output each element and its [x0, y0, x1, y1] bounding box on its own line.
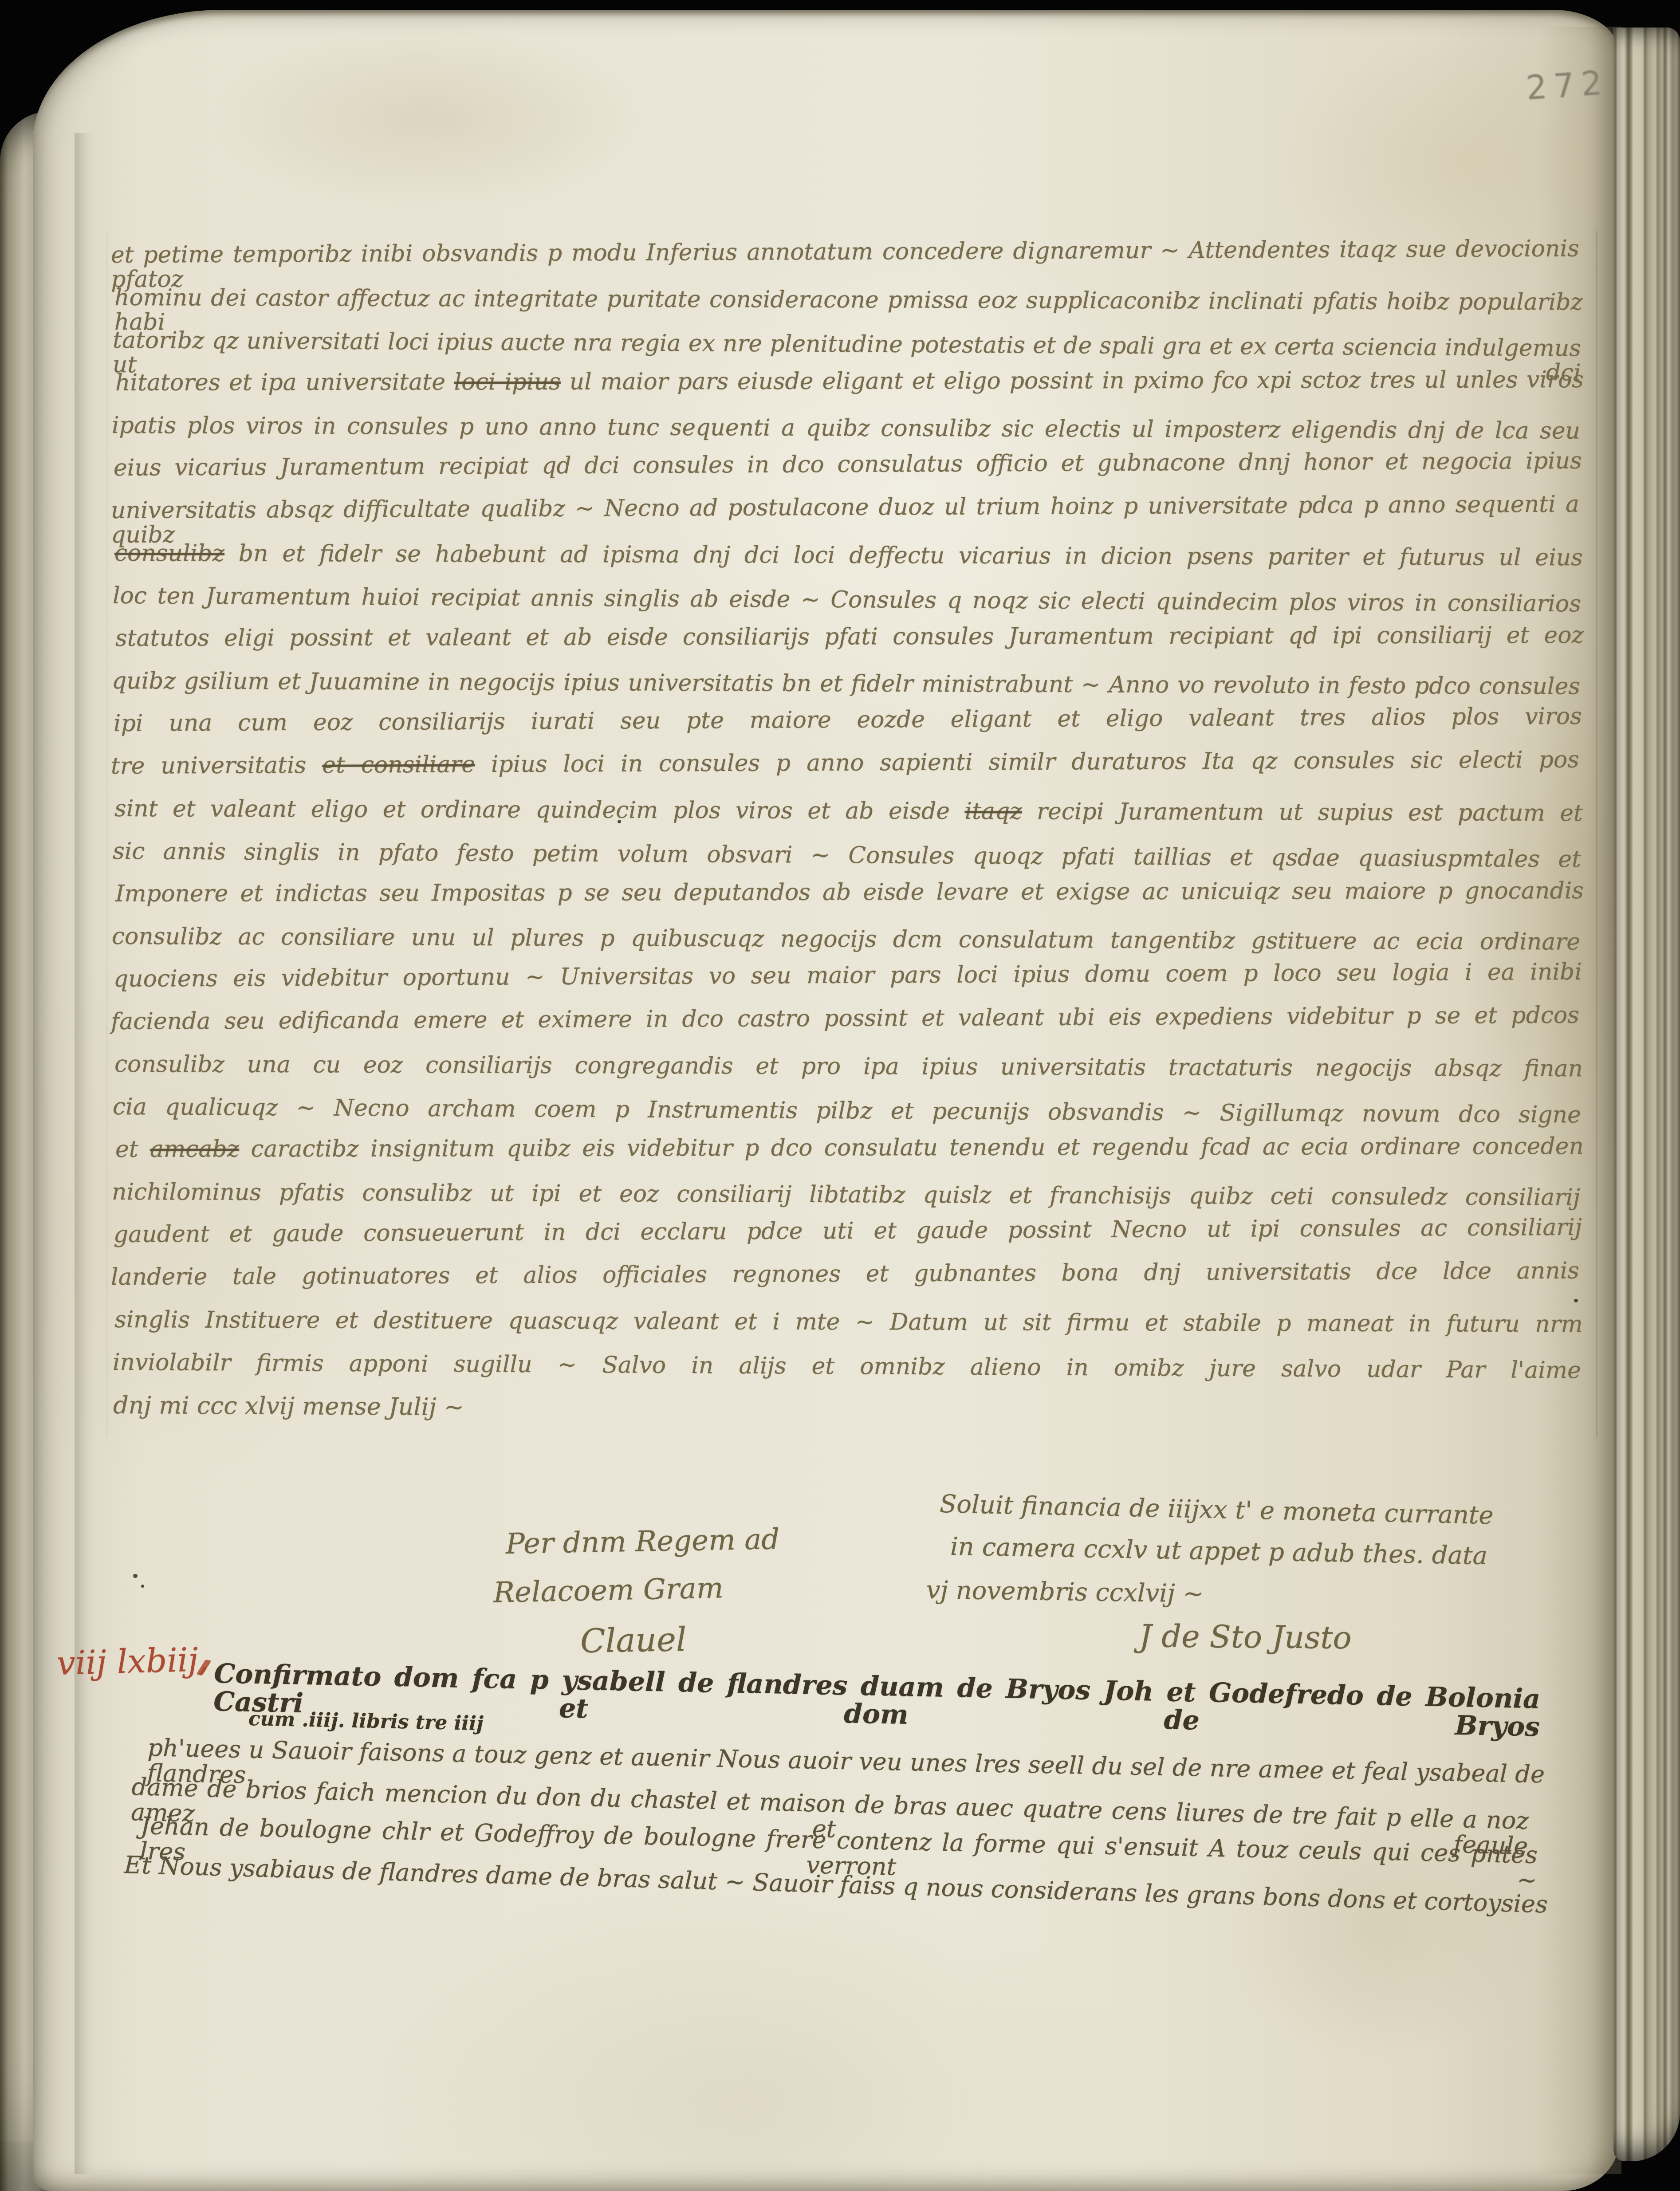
manuscript-line: consulibz ac consiliare unu ul plures p …: [112, 924, 1580, 954]
manuscript-line: universitatis absqz difficultate qualibz…: [111, 492, 1579, 547]
authorization-line-2: Relacoem Gram: [493, 1573, 724, 1608]
manuscript-line: singlis Instituere et destituere quascuq…: [114, 1308, 1583, 1337]
gutter-crease: [75, 133, 95, 2174]
folio-number: 272: [1525, 64, 1610, 108]
ink-speck: [133, 1574, 138, 1578]
ruling-line-right: [1596, 231, 1597, 1437]
manuscript-line: consulibz bn et fidelr se habebunt ad ip…: [114, 541, 1583, 570]
entry-rubric-note: cum .iiij. libris tre iiij: [248, 1709, 484, 1734]
manuscript-line: statutos eligi possint et valeant et ab …: [115, 623, 1584, 651]
authorization-line-1: Per dnm Regem ad: [505, 1525, 779, 1559]
manuscript-line: hitatores et ipa universitate loci ipius…: [115, 368, 1584, 395]
ruling-line-left: [106, 231, 107, 1437]
latin-closing-date-line: dnj mi ccc xlvij mense Julij ~: [113, 1393, 464, 1420]
payment-note-line-3: vj novembris ccxlvij ~: [926, 1577, 1204, 1608]
ink-speck: [618, 820, 621, 823]
manuscript-line: et petime temporibz inibi obsvandis p mo…: [111, 237, 1579, 292]
manuscript-line: quibz gsilium et Juuamine in negocijs ip…: [112, 669, 1580, 699]
manuscript-line: consulibz una cu eoz consiliarijs congre…: [114, 1052, 1583, 1081]
manuscript-line: ipatis plos viros in consules p uno anno…: [112, 413, 1580, 443]
margin-entry-number: viij lxbiij,: [56, 1643, 209, 1681]
clerk-signature: Clauel: [580, 1623, 687, 1659]
manuscript-line: Imponere et indictas seu Impositas p se …: [115, 879, 1584, 906]
manuscript-line: sint et valeant eligo et ordinare quinde…: [114, 797, 1583, 826]
ink-speck: [1574, 1299, 1578, 1302]
manuscript-line: et amcabz caractibz insignitum quibz eis…: [115, 1134, 1584, 1162]
manuscript-photo: 272 et petime temporibz inibi obsvandis …: [0, 0, 1680, 2191]
book-fore-edge-pages: [1613, 28, 1680, 2161]
treasurer-signature: J de Sto Justo: [1139, 1620, 1352, 1655]
manuscript-line: nichilominus pfatis consulibz ut ipi et …: [112, 1180, 1580, 1210]
manuscript-line: facienda seu edificanda emere et eximere…: [111, 1003, 1579, 1034]
manuscript-line: tre universitatis et consiliare ipius lo…: [111, 748, 1579, 779]
manuscript-line: landerie tale gotinuatores et alios offi…: [111, 1259, 1579, 1290]
ink-speck: [141, 1585, 144, 1588]
